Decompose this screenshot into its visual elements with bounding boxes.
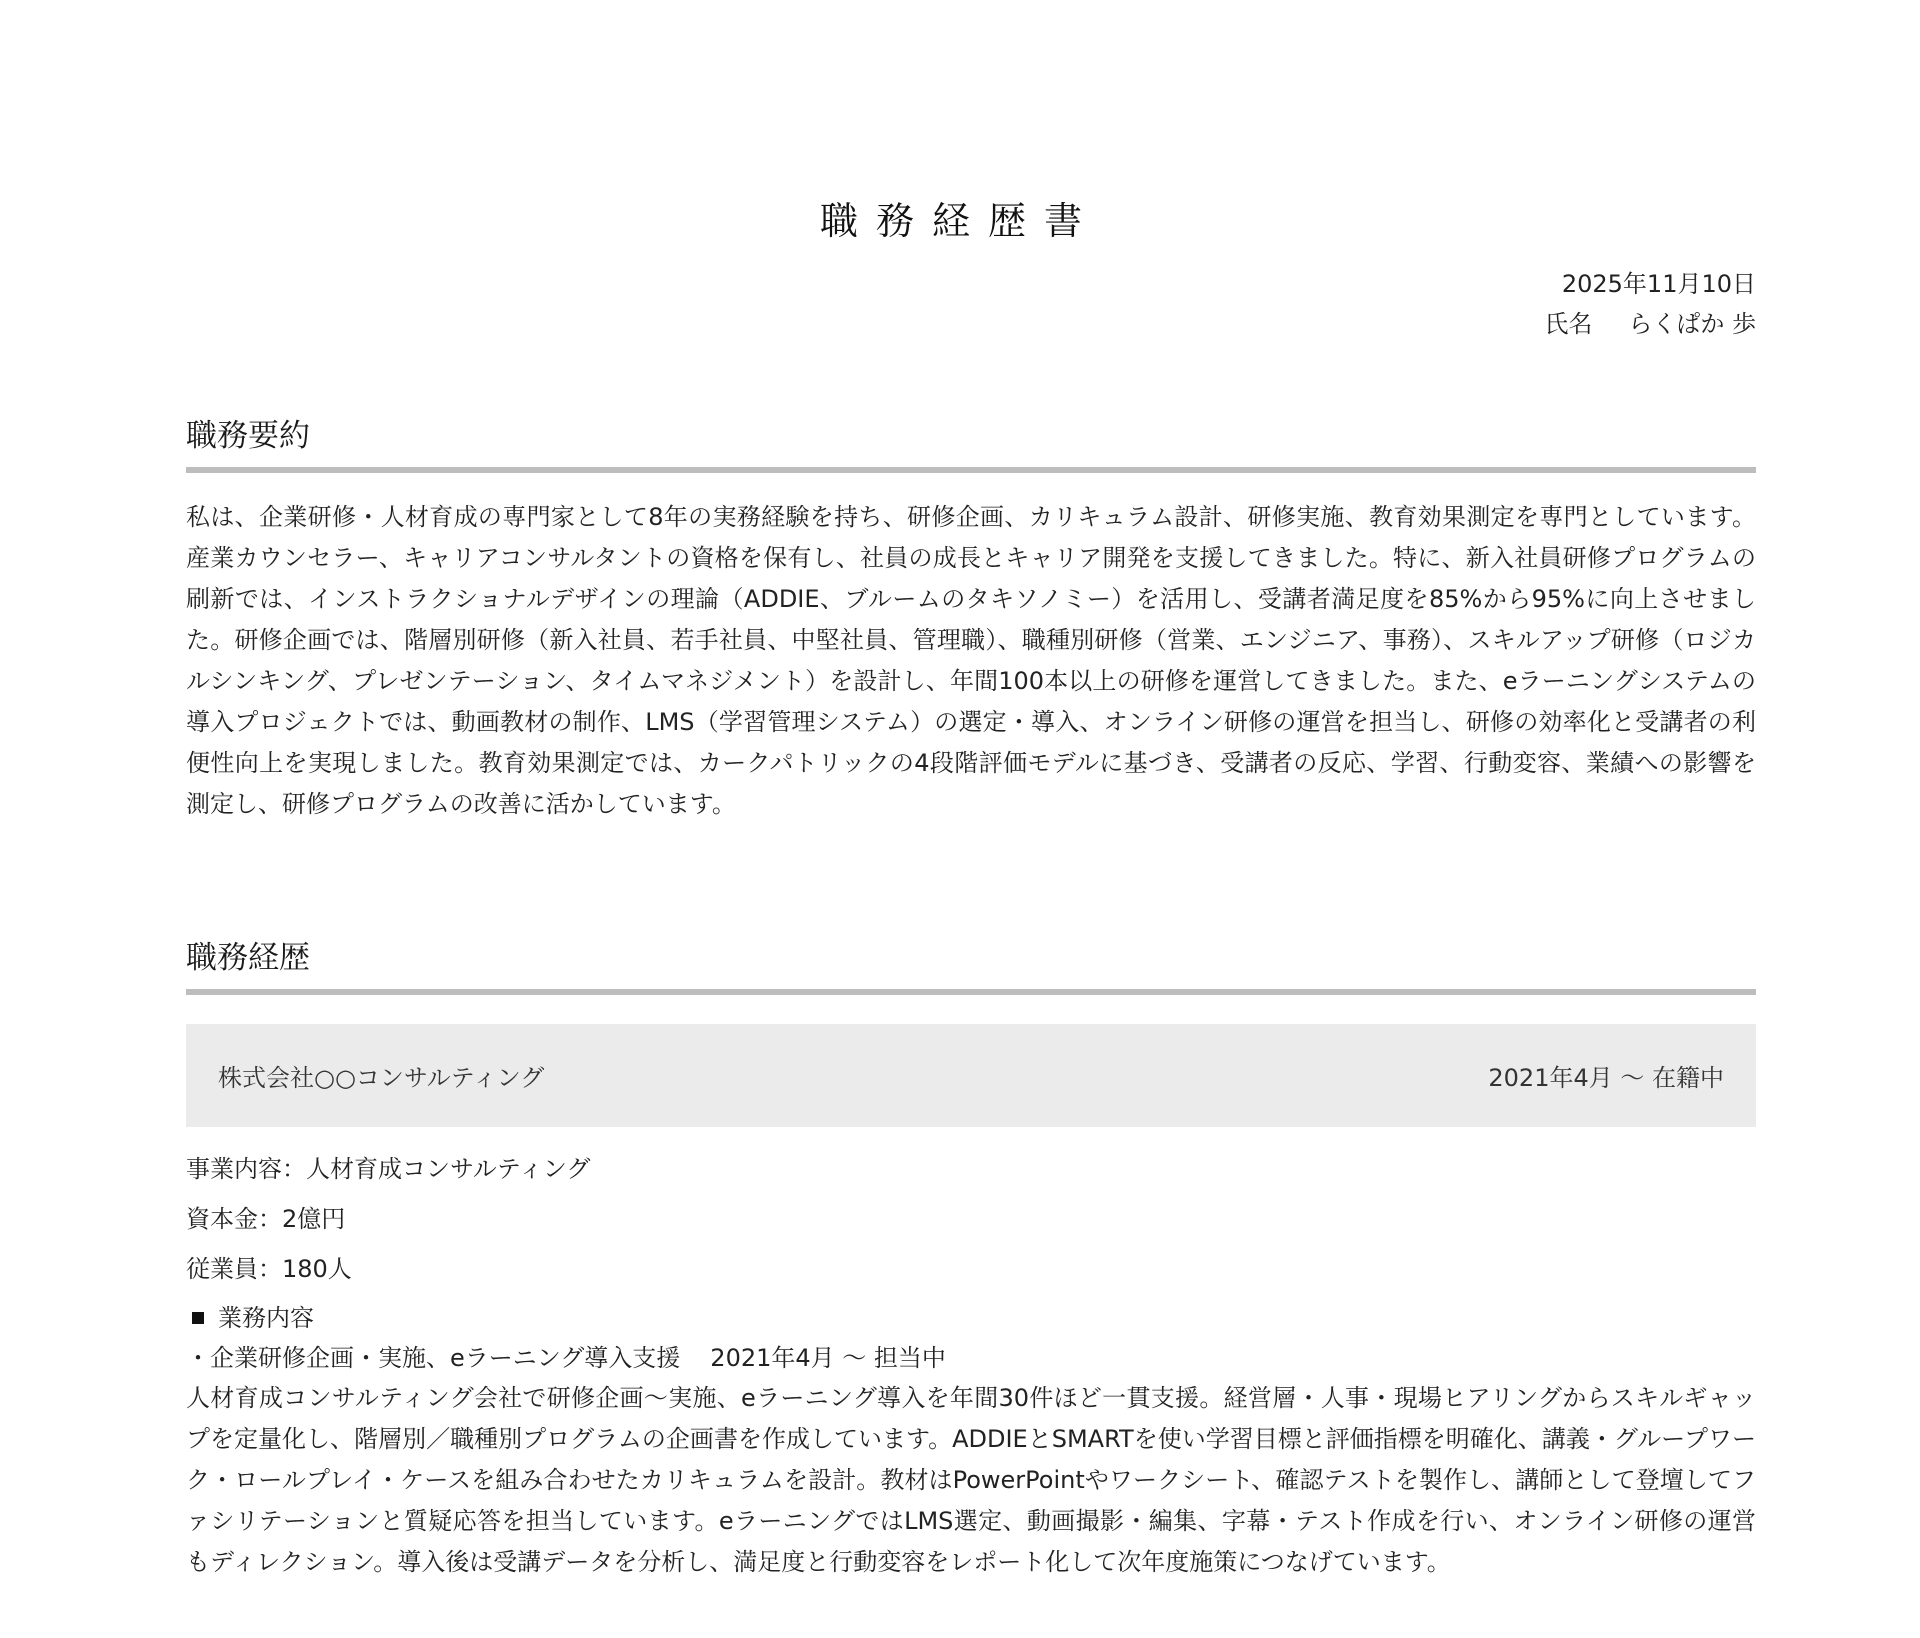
project-description: 人材育成コンサルティング会社で研修企画〜実施、eラーニング導入を年間30件ほど一… [186, 1378, 1756, 1583]
square-bullet-icon [192, 1312, 204, 1324]
project-title-row: ・企業研修企画・実施、eラーニング導入支援2021年4月 〜 担当中 [186, 1338, 1756, 1378]
summary-paragraph: 私は、企業研修・人材育成の専門家として8年の実務経験を持ち、研修企画、カリキュラ… [186, 497, 1756, 825]
document-title: 職務経歴書 [0, 190, 1920, 245]
applicant-name-row: 氏名らくぱか 歩 [1544, 304, 1756, 344]
duties-heading: 業務内容 [186, 1298, 1756, 1338]
document-date: 2025年11月10日 [1544, 264, 1756, 304]
company-capital: 資本金：2億円 [186, 1194, 590, 1244]
project-period: 2021年4月 〜 担当中 [710, 1344, 946, 1372]
company-info: 事業内容：人材育成コンサルティング 資本金：2億円 従業員：180人 [186, 1144, 590, 1294]
name-label: 氏名 [1544, 310, 1592, 338]
duties-block: 業務内容 ・企業研修企画・実施、eラーニング導入支援2021年4月 〜 担当中 … [186, 1298, 1756, 1583]
company-header: 株式会社○○コンサルティング 2021年4月 〜 在籍中 [186, 1024, 1756, 1127]
applicant-name: らくぱか 歩 [1628, 310, 1756, 338]
section-title-history: 職務経歴 [186, 932, 1756, 995]
document-meta: 2025年11月10日 氏名らくぱか 歩 [1544, 264, 1756, 344]
resume-page: 職務経歴書 2025年11月10日 氏名らくぱか 歩 職務要約 私は、企業研修・… [0, 0, 1920, 1638]
section-title-summary: 職務要約 [186, 410, 1756, 473]
duties-heading-label: 業務内容 [218, 1304, 314, 1332]
company-business: 事業内容：人材育成コンサルティング [186, 1144, 590, 1194]
company-employees: 従業員：180人 [186, 1244, 590, 1294]
company-name: 株式会社○○コンサルティング [218, 1058, 544, 1093]
project-title: ・企業研修企画・実施、eラーニング導入支援 [186, 1344, 680, 1372]
company-period: 2021年4月 〜 在籍中 [1488, 1058, 1724, 1093]
